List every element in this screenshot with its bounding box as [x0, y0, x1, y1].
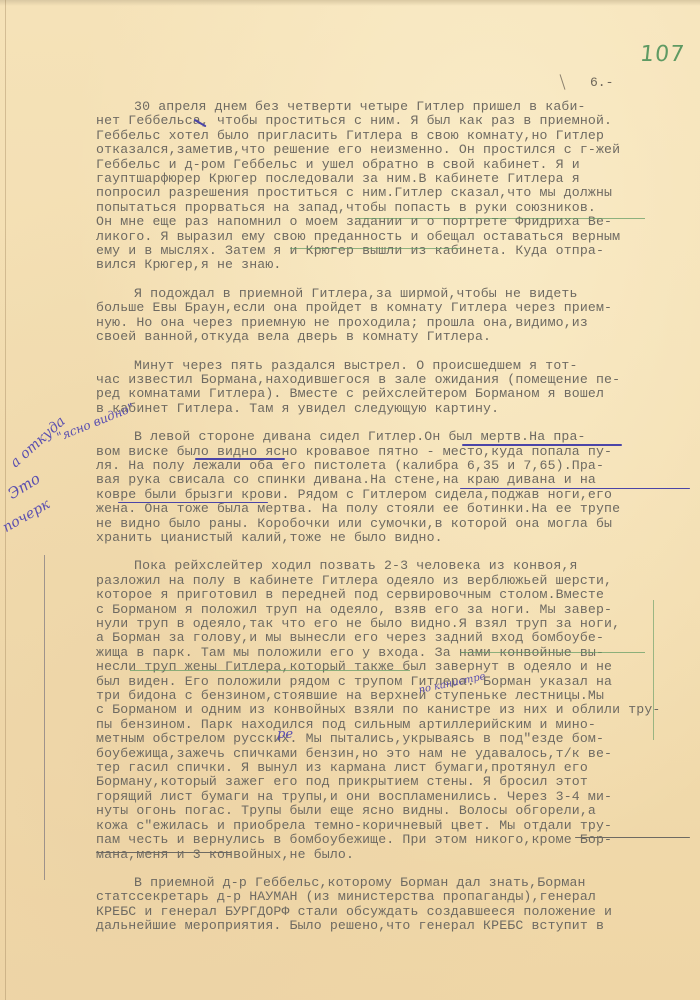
- text-line: Минут через пять раздался выстрел. О про…: [96, 359, 696, 373]
- green-underline: [460, 652, 645, 653]
- text-line: боубежища,зажечь спичками бензин,но это …: [96, 747, 696, 761]
- pen-underline: [462, 444, 622, 446]
- text-line: нули труп в одеяло,так что его не было в…: [96, 617, 696, 631]
- text-line: попросил разрешения проститься с ним.Гит…: [96, 186, 696, 200]
- text-line: нуты огонь погас. Трупы были еще ясно ви…: [96, 804, 696, 818]
- text-line: нет Геббельса, чтобы проститься с ним. Я…: [96, 114, 696, 128]
- text-line: своей ванной,откуда вела дверь в комнату…: [96, 330, 696, 344]
- typewritten-body: 30 апреля днем без четверти четыре Гитле…: [96, 100, 696, 948]
- text-line: горящий лист бумаги на трупы,и они воспл…: [96, 790, 696, 804]
- text-line: вился Крюгер,я не знаю.: [96, 258, 696, 272]
- text-line: ковре были брызги крови. Рядом с Гитлеро…: [96, 488, 696, 502]
- paragraph: Я подождал в приемной Гитлера,за ширмой,…: [96, 287, 696, 345]
- text-line: три бидона с бензином,стоявшие на верхне…: [96, 689, 696, 703]
- margin-bracket-right: [653, 600, 654, 740]
- text-line: ную. Но она через приемную не проходила;…: [96, 316, 696, 330]
- text-line: мана,меня и 3 конвойных,не было.: [96, 848, 696, 862]
- text-line: Геббельс хотел было пригласить Гитлера в…: [96, 129, 696, 143]
- text-line: ред комнатами Гитлера). Вместе с рейхсле…: [96, 387, 696, 401]
- pen-underline: [195, 458, 285, 460]
- page-number: 6.-: [590, 75, 613, 90]
- pen-underline: [460, 488, 690, 489]
- text-line: был виден. Его положили рядом с трупом Г…: [96, 675, 696, 689]
- text-line: ликого. Я выразил ему свою преданность и…: [96, 230, 696, 244]
- text-line: несли труп жены Гитлера,который также бы…: [96, 660, 696, 674]
- text-line: В левой стороне дивана сидел Гитлер.Он б…: [96, 430, 696, 444]
- page-edge-left: [5, 0, 6, 1000]
- text-line: с Борманом и одним из конвойных взяли по…: [96, 703, 696, 717]
- paragraph: Пока рейхслейтер ходил позвать 2-3 челов…: [96, 559, 696, 862]
- text-line: пы бензином. Парк находился под сильным …: [96, 718, 696, 732]
- text-line: пам честь и вернулись в бомбоубежище. Пр…: [96, 833, 696, 847]
- text-line: которое я приготовил в передней под серв…: [96, 588, 696, 602]
- pencil-underline: [96, 852, 231, 853]
- text-line: тер гасил спички. Я вынул из кармана лис…: [96, 761, 696, 775]
- text-line: вом виске было видно ясно кровавое пятно…: [96, 445, 696, 459]
- text-line: 30 апреля днем без четверти четыре Гитле…: [96, 100, 696, 114]
- text-line: кожа с"ежилась и приобрела темно-коричне…: [96, 819, 696, 833]
- text-line: а Борман за голову,и мы вынесли его чере…: [96, 631, 696, 645]
- text-line: Пока рейхслейтер ходил позвать 2-3 челов…: [96, 559, 696, 573]
- green-underline: [290, 248, 460, 249]
- page-edge-top: [0, 0, 700, 6]
- text-line: хранить цианистый калий,тоже не было вид…: [96, 531, 696, 545]
- text-line: жища в парк. Там мы положили его у входа…: [96, 646, 696, 660]
- green-underline: [355, 218, 645, 219]
- text-line: не видно было раны. Коробочки или сумочк…: [96, 517, 696, 531]
- text-line: В приемной д-р Геббельс,которому Борман …: [96, 876, 696, 890]
- paragraph: 30 апреля днем без четверти четыре Гитле…: [96, 100, 696, 273]
- green-underline: [130, 670, 410, 671]
- text-line: в кабинет Гитлера. Там я увидел следующу…: [96, 402, 696, 416]
- text-line: гауптшарфюрер Крюгер последовали за ним.…: [96, 172, 696, 186]
- text-line: Борману,который зажег его под прикрытием…: [96, 775, 696, 789]
- text-line: статссекретарь д-р НАУМАН (из министерст…: [96, 890, 696, 904]
- paragraph: В приемной д-р Геббельс,которому Борман …: [96, 876, 696, 934]
- text-line: ля. На полу лежали оба его пистолета (ка…: [96, 459, 696, 473]
- pen-underline: [118, 502, 268, 503]
- text-line: жена. Она тоже была мертва. На полу стоя…: [96, 502, 696, 516]
- archive-folio-number: 107: [639, 42, 687, 67]
- text-line: больше Евы Браун,если она пройдет в комн…: [96, 301, 696, 315]
- text-line: разложил на полу в кабинете Гитлера одея…: [96, 574, 696, 588]
- text-line: Я подождал в приемной Гитлера,за ширмой,…: [96, 287, 696, 301]
- text-line: отказался,заметив,что решение его неизме…: [96, 143, 696, 157]
- text-line: час известил Бормана,находившегося в зал…: [96, 373, 696, 387]
- pencil-underline: [575, 837, 690, 838]
- margin-bracket: [44, 555, 45, 880]
- text-line: с Борманом я положил труп на одеяло, взя…: [96, 603, 696, 617]
- text-line: попытаться прорваться на запад,чтобы поп…: [96, 201, 696, 215]
- text-line: Геббельс и д-ром Геббельс и ушел обратно…: [96, 158, 696, 172]
- text-line: вая рука свисала со спинки дивана.На сте…: [96, 473, 696, 487]
- inline-annotation: ре: [277, 727, 293, 742]
- text-line: дальнейшие мероприятия. Было решено,что …: [96, 919, 696, 933]
- text-line: КРЕБС и генерал БУРГДОРФ стали обсуждать…: [96, 905, 696, 919]
- text-line: метным обстрелом русских. Мы пытались,ук…: [96, 732, 696, 746]
- paragraph: Минут через пять раздался выстрел. О про…: [96, 359, 696, 417]
- text-line: ему и в мыслях. Затем я и Крюгер вышли и…: [96, 244, 696, 258]
